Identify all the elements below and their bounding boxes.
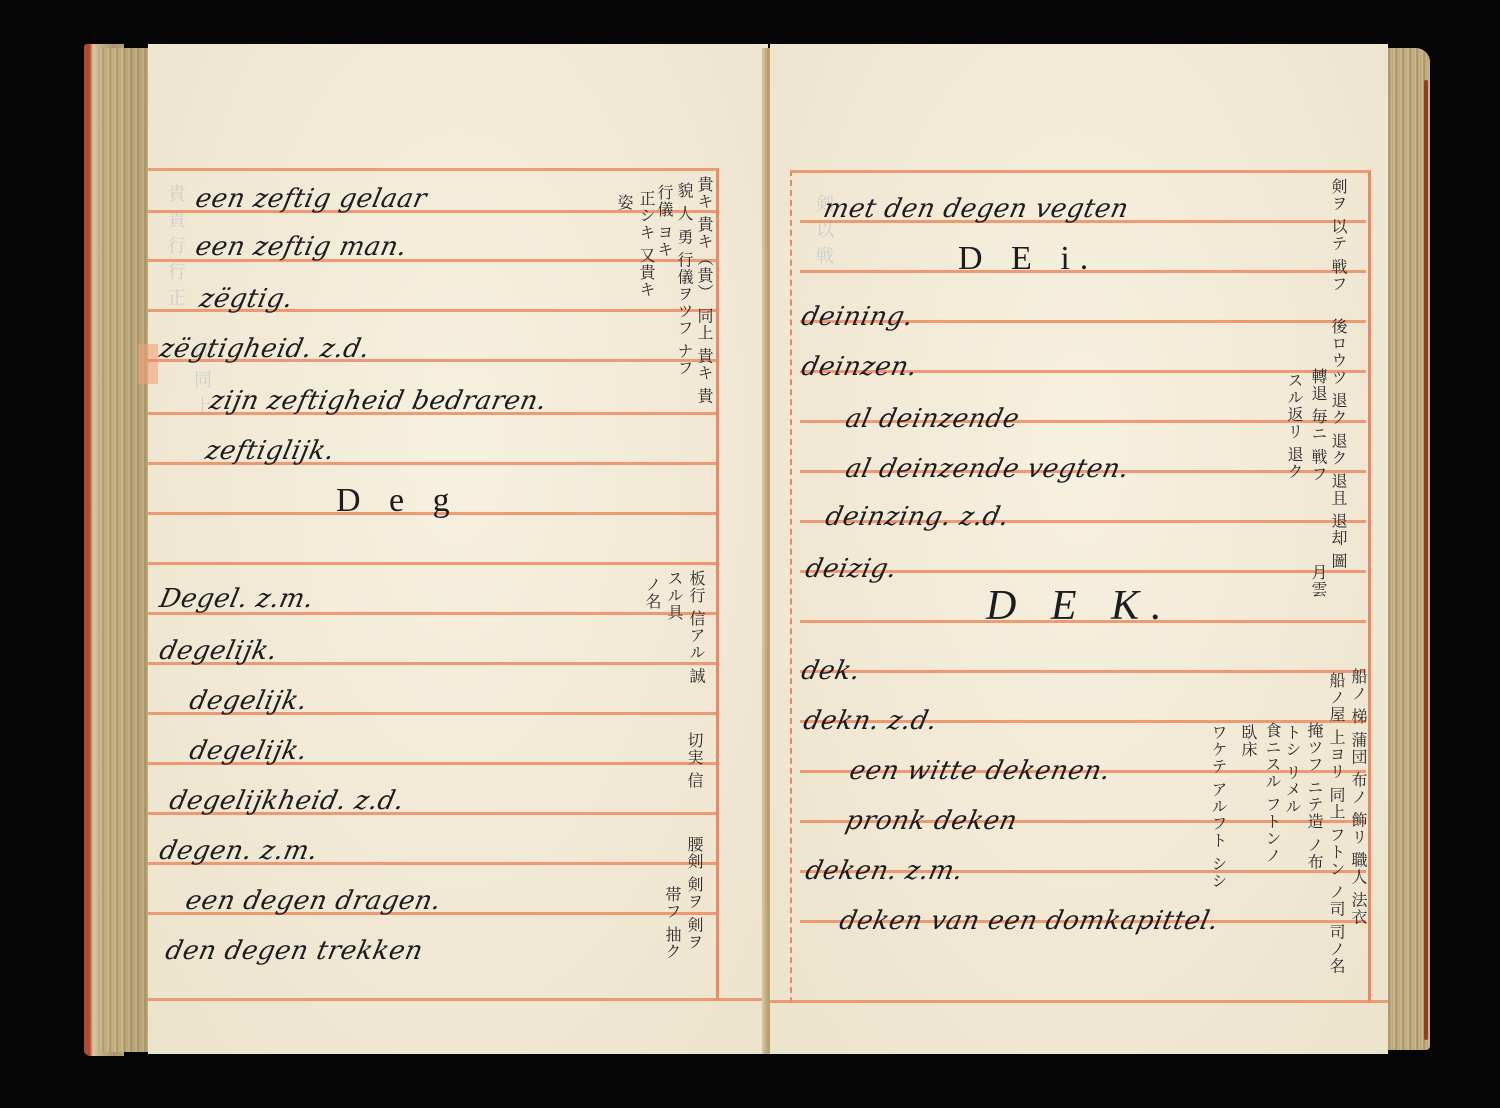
entry-line: een degen dragen. <box>183 886 444 916</box>
entry-line: een zeftig man. <box>193 232 410 262</box>
entry-line: den degen trekken <box>163 936 426 966</box>
japanese-gloss: 掩ツフ ニテ造 ノ布 <box>1306 722 1323 870</box>
right-page: 剣以戦 met den degen vegten D E i. deining.… <box>770 44 1388 1054</box>
japanese-gloss: 船ノ 梯 蒲団 布ノ 飾リ 職人 法衣 <box>1350 668 1367 926</box>
japanese-gloss: 轉退 毎ニ 戦フ <box>1310 368 1327 482</box>
japanese-gloss: 後ロウツ 退ク 退ク 退且 退却 圖 <box>1330 318 1347 569</box>
entry-line: degelijk. <box>157 636 281 666</box>
entry-line: deinzen. <box>799 352 921 382</box>
japanese-gloss: 腰剣 剣ヲ 剣ヲ <box>686 836 703 950</box>
section-heading-dek: D E K. <box>986 582 1174 630</box>
japanese-gloss: ノ名 <box>644 576 661 610</box>
entry-line: pronk deken <box>843 806 1020 836</box>
japanese-gloss: 貴キ 貴キ（貴） 同上 貴キ 貴 <box>696 176 713 404</box>
japanese-gloss: 板行 信アル 誠 <box>688 570 705 684</box>
entry-line: al deinzende <box>843 404 1022 434</box>
japanese-gloss: 食ニスル フトンノ <box>1264 722 1281 864</box>
section-heading-deg: D e g <box>336 482 460 520</box>
japanese-gloss: 貌 人 勇 行儀ヲツフ ナフ <box>676 182 693 376</box>
left-page-stack <box>98 48 150 1052</box>
entry-line: deken. z.m. <box>803 856 966 886</box>
entry-line: degelijk. <box>187 686 311 716</box>
entry-line: zeftiglijk. <box>203 436 338 466</box>
rule-line <box>148 562 716 565</box>
japanese-gloss: 船ノ屋 上ヨリ 同上 フトン ノ司 司ノ名 <box>1328 672 1345 974</box>
japanese-gloss: 正シキ 又貴キ <box>638 190 655 298</box>
entry-line: al deinzende vegten. <box>843 454 1132 484</box>
japanese-gloss: 姿 <box>616 194 633 211</box>
bleed-through-text: 貴貴行行正 <box>162 184 188 314</box>
open-book-spread: 貴貴行行正 同同上 een zeftig gelaar een zeftig m… <box>0 0 1500 1108</box>
entry-line: zëgtig. <box>197 284 296 314</box>
entry-line: deken van een domkapittel. <box>837 906 1222 936</box>
entry-line: zijn zeftigheid bedraren. <box>207 386 550 416</box>
japanese-gloss: 行儀 ヨキ <box>656 184 673 258</box>
entry-line: deining. <box>799 302 916 332</box>
entry-line: een witte dekenen. <box>847 756 1114 786</box>
entry-line: deinzing. z.d. <box>823 502 1012 532</box>
japanese-gloss: スル具 <box>666 570 683 621</box>
page-tab-mark <box>138 344 158 384</box>
japanese-gloss: 帯フ 抽ク <box>664 886 681 960</box>
japanese-gloss: 剣ヲ 以テ 戦フ <box>1330 178 1347 292</box>
japanese-gloss: スル返リ 退ク <box>1286 372 1303 480</box>
entry-line: dekn. z.d. <box>801 706 940 736</box>
japanese-gloss: ワケテ アルフト シシ <box>1210 724 1227 889</box>
entry-line: degelijk. <box>187 736 311 766</box>
right-cover-edge <box>1424 80 1428 1040</box>
entry-line: degen. z.m. <box>157 836 321 866</box>
left-cover-red-binding <box>84 44 90 1054</box>
left-page: 貴貴行行正 同同上 een zeftig gelaar een zeftig m… <box>148 44 768 1054</box>
section-heading-dei: D E i. <box>958 240 1098 278</box>
rule-line <box>800 670 1366 673</box>
entry-line: zëgtigheid. z.d. <box>157 334 373 364</box>
entry-line: Degel. z.m. <box>157 584 317 614</box>
japanese-gloss: 臥床 <box>1240 724 1257 758</box>
entry-line: deizig. <box>803 554 900 584</box>
entry-line: met den degen vegten <box>821 194 1132 224</box>
japanese-gloss: 切実 信 <box>686 732 703 789</box>
japanese-gloss: トシ リメル <box>1284 724 1301 815</box>
rule-line-bottom <box>148 998 768 1001</box>
entry-line: een zeftig gelaar <box>193 184 430 214</box>
entry-line: degelijkheid. z.d. <box>167 786 407 816</box>
rule-line-bottom <box>770 1000 1388 1003</box>
entry-line: dek. <box>799 656 863 686</box>
japanese-gloss: 月雲 <box>1310 564 1327 598</box>
